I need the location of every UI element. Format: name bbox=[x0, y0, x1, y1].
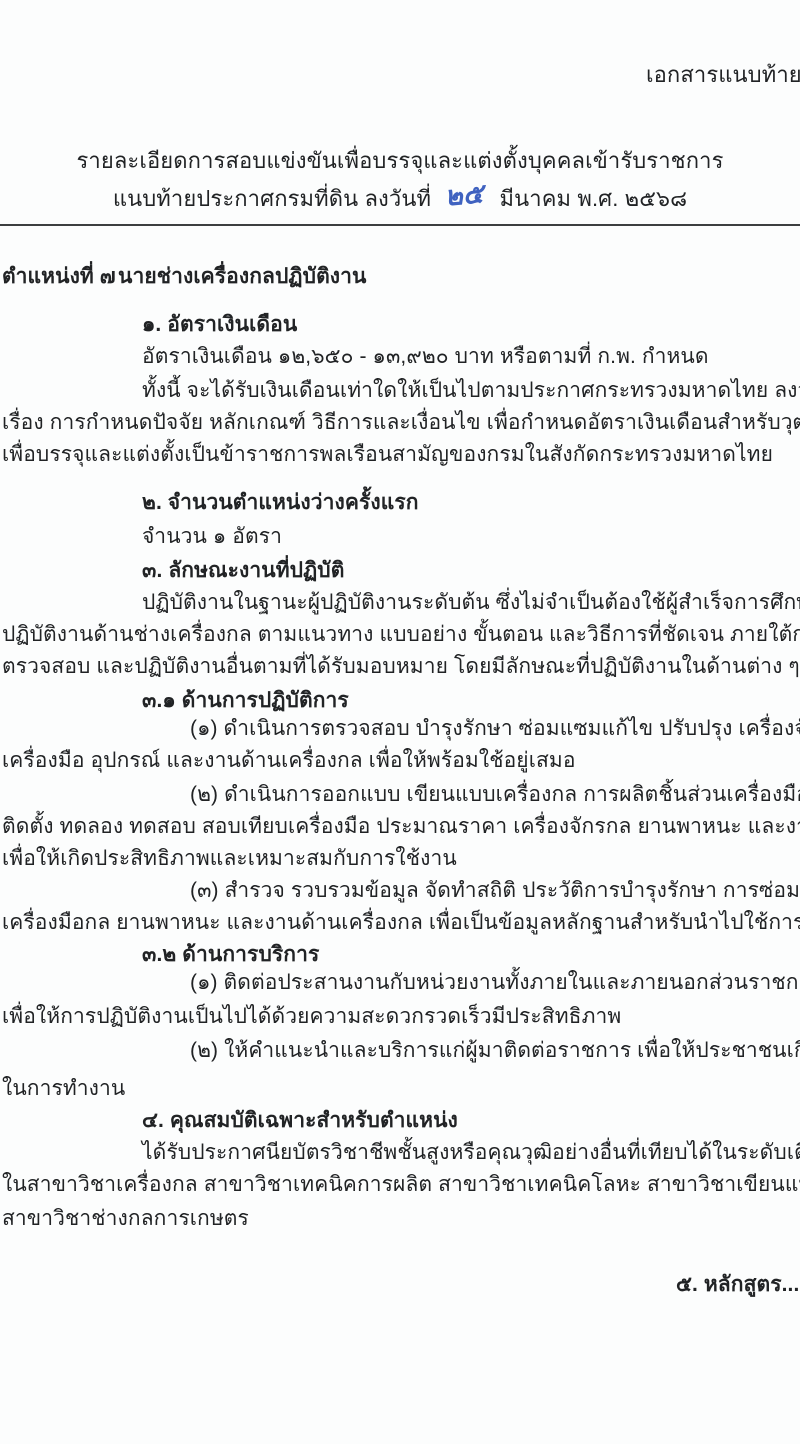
section3-2-item1-line1: (๑) ติดต่อประสานงานกับหน่วยงานทั้งภายในแ… bbox=[190, 968, 800, 998]
section1-heading: ๑. อัตราเงินเดือน bbox=[142, 310, 297, 340]
section4-paragraph-line3: สาขาวิชาช่างกลการเกษตร bbox=[2, 1204, 249, 1234]
section1-salary-line: อัตราเงินเดือน ๑๒,๖๕๐ - ๑๓,๙๒๐ บาท หรือต… bbox=[142, 342, 709, 372]
handwritten-day-number: ๒๕ bbox=[444, 178, 485, 211]
section1-paragraph-line1: ทั้งนี้ จะได้รับเงินเดือนเท่าใดให้เป็นไป… bbox=[142, 376, 800, 406]
section3-2-heading: ๓.๒ ด้านการบริการ bbox=[142, 940, 319, 970]
section3-1-item2-line3: เพื่อให้เกิดประสิทธิภาพและเหมาะสมกับการใ… bbox=[2, 844, 457, 874]
position-number-label: ตำแหน่งที่ ๗ bbox=[2, 262, 116, 292]
position-title: นายช่างเครื่องกลปฏิบัติงาน bbox=[118, 262, 367, 292]
section3-1-item2-line1: (๒) ดำเนินการออกแบบ เขียนแบบเครื่องกล กา… bbox=[190, 780, 800, 810]
document-title-line2: แนบท้ายประกาศกรมที่ดิน ลงวันที่๒๕มีนาคม … bbox=[0, 182, 800, 214]
section1-paragraph-line2: เรื่อง การกำหนดปัจจัย หลักเกณฑ์ วิธีการแ… bbox=[2, 408, 800, 438]
section3-2-item1-line2: เพื่อให้การปฏิบัติงานเป็นไปได้ด้วยความสะ… bbox=[2, 1002, 621, 1032]
section3-1-item3-line1: (๓) สำรวจ รวบรวมข้อมูล จัดทำสถิติ ประวัต… bbox=[190, 876, 800, 906]
section3-paragraph-line1: ปฏิบัติงานในฐานะผู้ปฏิบัติงานระดับต้น ซึ… bbox=[142, 588, 800, 618]
title-date-prefix: แนบท้ายประกาศกรมที่ดิน ลงวันที่ bbox=[113, 186, 431, 211]
section4-paragraph-line1: ได้รับประกาศนียบัตรวิชาชีพชั้นสูงหรือคุณ… bbox=[142, 1138, 800, 1168]
section3-1-heading: ๓.๑ ด้านการปฏิบัติการ bbox=[142, 686, 349, 716]
section1-paragraph-line3: เพื่อบรรจุและแต่งตั้งเป็นข้าราชการพลเรือ… bbox=[2, 440, 773, 470]
document-page: เอกสารแนบท้ายประก รายละเอียดการสอบแข่งขั… bbox=[0, 0, 800, 1444]
section4-heading: ๔. คุณสมบัติเฉพาะสำหรับตำแหน่ง bbox=[142, 1106, 458, 1136]
header-divider-line bbox=[0, 224, 800, 226]
section3-1-item1-line2: เครื่องมือ อุปกรณ์ และงานด้านเครื่องกล เ… bbox=[2, 746, 576, 776]
section3-1-item3-line2: เครื่องมือกล ยานพาหนะ และงานด้านเครื่องก… bbox=[2, 908, 800, 938]
corner-attachment-label: เอกสารแนบท้ายประก bbox=[646, 60, 800, 90]
section4-paragraph-line2: ในสาขาวิชาเครื่องกล สาขาวิชาเทคนิคการผลิ… bbox=[2, 1170, 800, 1200]
next-section-continuation-marker: ๕. หลักสูตร... bbox=[676, 1270, 799, 1300]
section3-2-item2-line1: (๒) ให้คำแนะนำและบริการแก่ผู้มาติดต่อราช… bbox=[190, 1036, 800, 1066]
document-title-line1: รายละเอียดการสอบแข่งขันเพื่อบรรจุและแต่ง… bbox=[0, 146, 800, 176]
section2-heading: ๒. จำนวนตำแหน่งว่างครั้งแรก bbox=[142, 488, 419, 518]
section3-1-item2-line2: ติดตั้ง ทดลอง ทดสอบ สอบเทียบเครื่องมือ ป… bbox=[2, 812, 800, 842]
section3-1-item1-line1: (๑) ดำเนินการตรวจสอบ บำรุงรักษา ซ่อมแซมแ… bbox=[190, 714, 800, 744]
section2-body: จำนวน ๑ อัตรา bbox=[142, 522, 282, 552]
section3-paragraph-line2: ปฏิบัติงานด้านช่างเครื่องกล ตามแนวทาง แบ… bbox=[2, 620, 800, 650]
section3-2-item2-line2: ในการทำงาน bbox=[2, 1074, 125, 1104]
section3-heading: ๓. ลักษณะงานที่ปฏิบัติ bbox=[142, 556, 344, 586]
section3-paragraph-line3: ตรวจสอบ และปฏิบัติงานอื่นตามที่ได้รับมอบ… bbox=[2, 652, 800, 682]
title-date-suffix: มีนาคม พ.ศ. ๒๕๖๘ bbox=[500, 186, 688, 211]
